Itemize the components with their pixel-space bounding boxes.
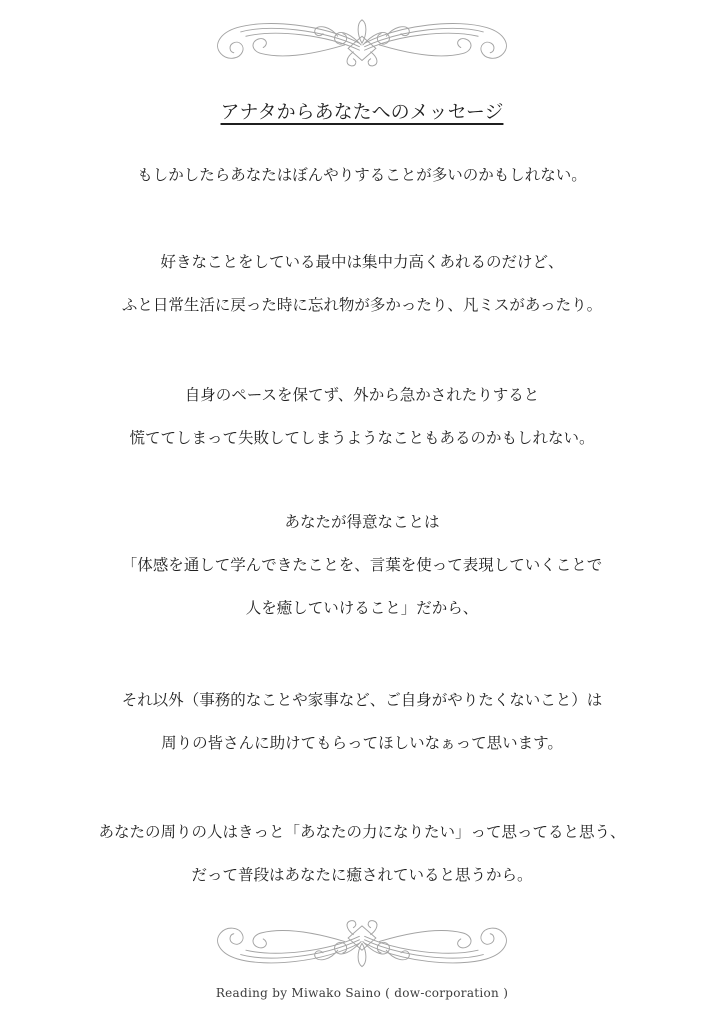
text-line: 周りの皆さんに助けてもらってほしいなぁって思います。: [0, 722, 724, 765]
paragraph-4: あなたが得意なことは 「体感を通して学んできたことを、言葉を使って表現していくこ…: [0, 501, 724, 630]
text-line: 人を癒していけること」だから、: [0, 587, 724, 630]
ornament-bottom: [206, 919, 518, 974]
text-line: ふと日常生活に戻った時に忘れ物が多かったり、凡ミスがあったり。: [0, 284, 724, 327]
flourish-divider-icon: [206, 919, 518, 974]
text-line: 好きなことをしている最中は集中力高くあれるのだけど、: [0, 241, 724, 284]
text-line: もしかしたらあなたはぼんやりすることが多いのかもしれない。: [0, 154, 724, 197]
document-page: アナタからあなたへのメッセージ もしかしたらあなたはぼんやりすることが多いのかも…: [0, 0, 724, 1024]
paragraph-6: あなたの周りの人はきっと「あなたの力になりたい」って思ってると思う、 だって普段…: [0, 811, 724, 897]
text-line: あなたが得意なことは: [0, 501, 724, 544]
text-line: だって普段はあなたに癒されていると思うから。: [0, 854, 724, 897]
flourish-divider-icon: [206, 12, 518, 67]
text-line: 慌ててしまって失敗してしまうようなこともあるのかもしれない。: [0, 417, 724, 460]
paragraph-5: それ以外（事務的なことや家事など、ご自身がやりたくないこと）は 周りの皆さんに助…: [0, 679, 724, 765]
page-title: アナタからあなたへのメッセージ: [0, 97, 724, 124]
text-line: 自身のペースを保てず、外から急かされたりすると: [0, 374, 724, 417]
paragraph-1: もしかしたらあなたはぼんやりすることが多いのかもしれない。: [0, 154, 724, 197]
text-line: 「体感を通して学んできたことを、言葉を使って表現していくことで: [0, 544, 724, 587]
footer-credit: Reading by Miwako Saino ( dow-corporatio…: [0, 986, 724, 1000]
ornament-top: [206, 12, 518, 67]
paragraph-2: 好きなことをしている最中は集中力高くあれるのだけど、 ふと日常生活に戻った時に忘…: [0, 241, 724, 327]
text-line: それ以外（事務的なことや家事など、ご自身がやりたくないこと）は: [0, 679, 724, 722]
text-line: あなたの周りの人はきっと「あなたの力になりたい」って思ってると思う、: [0, 811, 724, 854]
paragraph-3: 自身のペースを保てず、外から急かされたりすると 慌ててしまって失敗してしまうよう…: [0, 374, 724, 460]
